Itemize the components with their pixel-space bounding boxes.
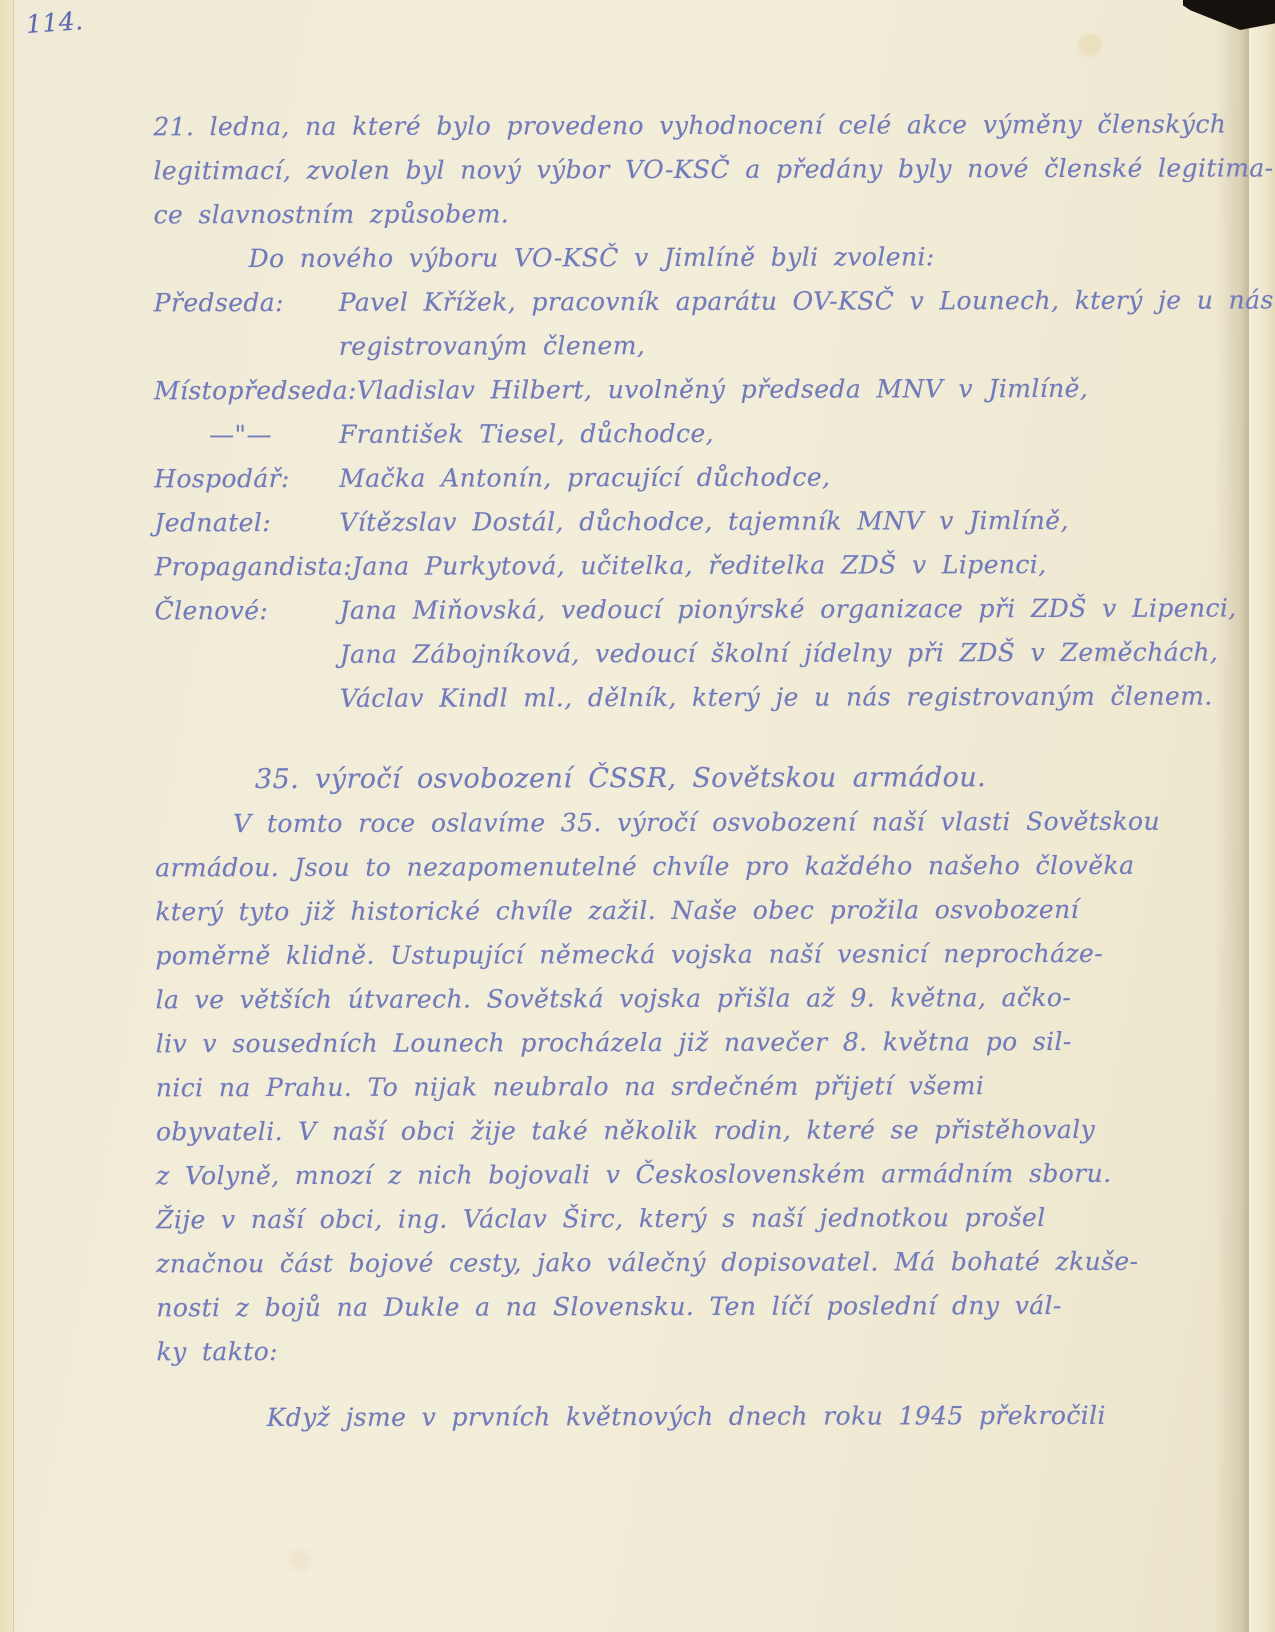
- handwritten-line: legitimací, zvolen byl nový výbor VO-KSČ…: [153, 147, 1153, 194]
- committee-row-treasurer: Hospodář: Mačka Antonín, pracující důcho…: [154, 455, 1154, 502]
- role-entry: Pavel Křížek, pracovník aparátu OV-KSČ v…: [339, 278, 1274, 368]
- handwritten-line: Jana Zábojníková, vedoucí školní jídelny…: [340, 630, 1237, 676]
- committee-row-vice-chairman: Místopředseda: Vladislav Hilbert, uvolně…: [154, 367, 1154, 414]
- committee-row-members: Členové: Jana Miňovská, vedoucí pionýrsk…: [155, 587, 1155, 722]
- next-page-edge: [1248, 4, 1275, 1632]
- role-entry: Jana Miňovská, vedoucí pionýrské organiz…: [340, 586, 1237, 720]
- handwritten-line: František Tiesel, důchodce,: [339, 411, 1154, 457]
- handwritten-line: značnou část bojové cesty, jako válečný …: [156, 1240, 1156, 1287]
- handwritten-content: 21. ledna, na které bylo provedeno vyhod…: [153, 103, 1156, 1441]
- handwritten-line: nici na Prahu. To nijak neubralo na srde…: [156, 1064, 1156, 1111]
- handwritten-line: ky takto:: [156, 1328, 1156, 1375]
- anniversary-paragraph: V tomto roce oslavíme 35. výročí osvoboz…: [155, 800, 1156, 1375]
- handwritten-line: ce slavnostním způsobem.: [153, 191, 1153, 238]
- role-label: Místopředseda:: [154, 369, 357, 414]
- role-label: Hospodář:: [154, 457, 339, 501]
- handwritten-line: la ve větších útvarech. Sovětská vojska …: [156, 976, 1156, 1023]
- chronicle-page-scan: 114. 21. ledna, na které bylo provedeno …: [0, 0, 1275, 1632]
- role-entry: Vítězslav Dostál, důchodce, tajemník MNV…: [339, 499, 1154, 545]
- handwritten-line: který tyto již historické chvíle zažil. …: [155, 888, 1155, 935]
- election-intro-line: Do nového výboru VO-KSČ v Jimlíně byli z…: [154, 235, 1154, 282]
- handwritten-line: V tomto roce oslavíme 35. výročí osvoboz…: [155, 800, 1155, 847]
- committee-row-secretary: Jednatel: Vítězslav Dostál, důchodce, ta…: [154, 499, 1154, 546]
- page-number: 114.: [25, 6, 84, 39]
- handwritten-line: Vítězslav Dostál, důchodce, tajemník MNV…: [339, 499, 1154, 545]
- handwritten-line: poměrně klidně. Ustupující německá vojsk…: [155, 932, 1155, 979]
- handwritten-line: z Volyně, mnozí z nich bojovali v Českos…: [156, 1152, 1156, 1199]
- role-entry: Mačka Antonín, pracující důchodce,: [339, 455, 1154, 501]
- section-heading: 35. výročí osvobození ČSSR, Sovětskou ar…: [155, 756, 1155, 803]
- handwritten-line: Když jsme v prvních květnových dnech rok…: [157, 1394, 1157, 1441]
- anniversary-section: 35. výročí osvobození ČSSR, Sovětskou ar…: [155, 756, 1157, 1441]
- handwritten-line: Jana Purkytová, učitelka, ředitelka ZDŠ …: [352, 543, 1155, 589]
- role-label: Předseda:: [154, 281, 339, 325]
- role-label: Propagandista:: [154, 545, 352, 590]
- handwritten-line: Žije v naší obci, ing. Václav Širc, kter…: [156, 1196, 1156, 1243]
- role-entry: Jana Purkytová, učitelka, ředitelka ZDŠ …: [352, 543, 1155, 589]
- handwritten-line: Václav Kindl ml., dělník, který je u nás…: [340, 674, 1237, 720]
- committee-row-propagandist: Propagandista: Jana Purkytová, učitelka,…: [154, 543, 1154, 590]
- committee-list: Předseda: Pavel Křížek, pracovník aparát…: [154, 279, 1155, 722]
- role-entry: František Tiesel, důchodce,: [339, 411, 1154, 457]
- role-entry: Vladislav Hilbert, uvolněný předseda MNV…: [357, 367, 1154, 413]
- committee-row-vice-chairman-2: —"— František Tiesel, důchodce,: [154, 411, 1154, 458]
- book-binding-corner: [1183, 0, 1275, 30]
- role-label: Členové:: [155, 589, 340, 633]
- paper-left-edge: [0, 0, 14, 1632]
- opening-paragraph: 21. ledna, na které bylo provedeno vyhod…: [153, 103, 1153, 238]
- handwritten-line: Jana Miňovská, vedoucí pionýrské organiz…: [340, 586, 1237, 632]
- handwritten-line: Vladislav Hilbert, uvolněný předseda MNV…: [357, 367, 1154, 413]
- handwritten-line: obyvateli. V naší obci žije také několik…: [156, 1108, 1156, 1155]
- handwritten-line: registrovaným členem,: [339, 322, 1274, 368]
- handwritten-line: 21. ledna, na které bylo provedeno vyhod…: [153, 103, 1153, 150]
- handwritten-line: nosti z bojů na Dukle a na Slovensku. Te…: [156, 1284, 1156, 1331]
- handwritten-line: Mačka Antonín, pracující důchodce,: [339, 455, 1154, 501]
- committee-row-chairman: Předseda: Pavel Křížek, pracovník aparát…: [154, 279, 1154, 370]
- role-label: Jednatel:: [154, 501, 339, 545]
- page-fold-shadow: [1215, 0, 1249, 1632]
- handwritten-line: armádou. Jsou to nezapomenutelné chvíle …: [155, 844, 1155, 891]
- handwritten-line: Pavel Křížek, pracovník aparátu OV-KSČ v…: [339, 278, 1274, 324]
- ditto-mark: —"—: [154, 413, 339, 457]
- handwritten-line: liv v sousedních Lounech procházela již …: [156, 1020, 1156, 1067]
